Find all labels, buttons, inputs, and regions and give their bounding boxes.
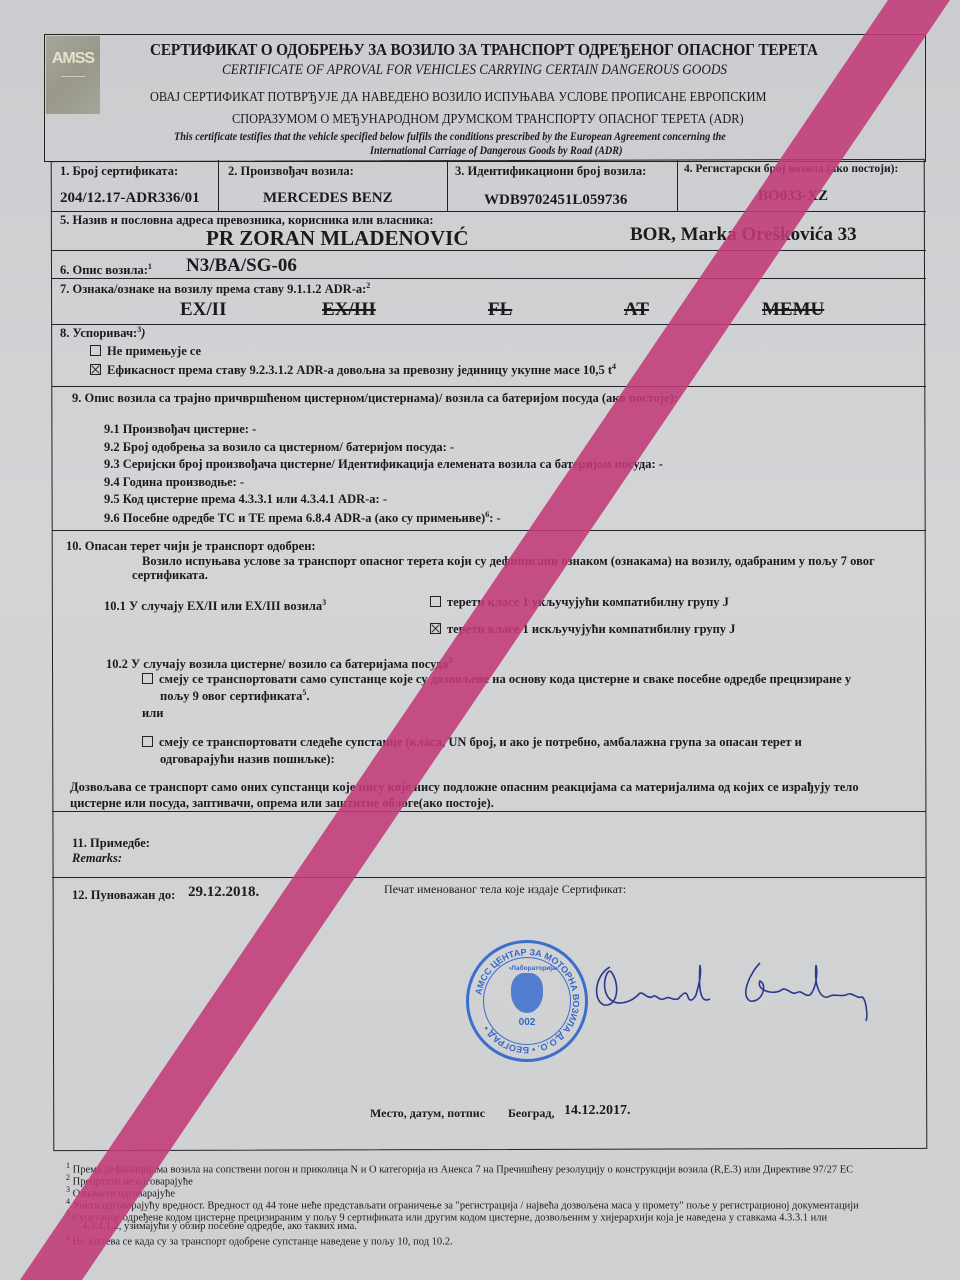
field8-label: 8. Успоривач:3) <box>60 325 145 341</box>
official-stamp: АМСС ЦЕНТАР ЗА МОТОРНА ВОЗИЛА Д.О.О. • Б… <box>466 940 588 1062</box>
divider <box>52 386 926 387</box>
option-label-cont: пољу 9 овог сертификата <box>160 689 302 703</box>
divider <box>447 160 448 212</box>
footnote-ref: 6 <box>485 510 489 519</box>
section-10-2-label: 10.2 У случају возила цистерне/ возило с… <box>106 656 452 672</box>
stamp-inner-text: •Лабораторија• <box>509 965 545 972</box>
footnote-number: 2 <box>66 1173 70 1182</box>
footnote-number: 5 <box>66 1209 70 1218</box>
stamp-number: 002 <box>469 1017 585 1028</box>
checkbox-checked[interactable] <box>90 364 101 375</box>
vehicle-manufacturer: MERCEDES BENZ <box>263 190 393 207</box>
registration-number: BO033-XZ <box>758 188 828 205</box>
allowed-transport-line1: Дозвољава се транспорт само оних супстан… <box>70 780 859 795</box>
divider <box>52 530 926 531</box>
listed-substances-option[interactable]: смеју се транспортовати следеће супстанц… <box>142 735 802 750</box>
tank-detail-item: 9.3 Серијски број произвођача цистерне/ … <box>104 457 663 472</box>
field6-label-text: 6. Опис возила: <box>60 263 148 277</box>
footnote-number: 4 <box>66 1197 70 1206</box>
checkbox-unchecked[interactable] <box>90 345 101 356</box>
footnote-continuation: 4.3.4.1.2, узимајући у обзир посебне одр… <box>82 1221 357 1232</box>
title-serbian: СЕРТИФИКАТ О ОДОБРЕЊУ ЗА ВОЗИЛО ЗА ТРАНС… <box>150 40 818 60</box>
option-label: Не примењује се <box>107 344 201 358</box>
field11-label: 11. Примедбе: <box>72 836 150 851</box>
issue-place: Београд, <box>508 1106 554 1121</box>
field3-label: 3. Идентификациони број возила: <box>455 164 646 179</box>
section-10-2-text: 10.2 У случају возила цистерне/ возило с… <box>106 657 448 671</box>
or-label: или <box>142 706 163 721</box>
issue-date: 14.12.2017. <box>564 1103 631 1119</box>
tank-detail-item: 9.6 Посебне одредбе TC и TE према 6.8.4 … <box>104 510 501 526</box>
checkbox-unchecked[interactable] <box>430 596 441 607</box>
checkbox-checked[interactable] <box>430 623 441 634</box>
place-date-label: Место, датум, потпис <box>370 1106 485 1121</box>
seal-label: Печат именованог тела које издаје Сертиф… <box>384 882 626 897</box>
divider <box>52 211 926 212</box>
statement-serbian-line2: СПОРАЗУМОМ О МЕЂУНАРОДНОМ ДРУМСКОМ ТРАНС… <box>232 112 744 128</box>
statement-english-line1: This certificate testifies that the vehi… <box>174 129 726 144</box>
option-label: терети класе 1 искључујући компатибилну … <box>447 622 735 636</box>
divider <box>52 811 926 812</box>
divider <box>677 160 678 212</box>
tank-detail-item: 9.2 Број одобрења за возило са цистерном… <box>104 440 454 455</box>
option-label: терети класе 1 укључујући компатибилну г… <box>447 595 729 609</box>
field8-label-text: 8. Успоривач: <box>60 326 137 340</box>
footnote-number: 3 <box>66 1185 70 1194</box>
vehicle-mark-fl: FL <box>488 299 512 321</box>
tank-code-option-line2: пољу 9 овог сертификата5. <box>160 688 309 704</box>
field7-label: 7. Ознака/ознаке на возилу према ставу 9… <box>60 281 370 297</box>
carrier-name: PR ZORAN MLADENOVIĆ <box>206 226 469 251</box>
valid-until-date: 29.12.2018. <box>188 884 259 901</box>
divider <box>218 160 219 212</box>
option-label: Ефикасност према ставу 9.2.3.1.2 ADR-а д… <box>107 363 612 377</box>
tank-detail-item: 9.4 Година производње: - <box>104 475 244 490</box>
footnote-ref: 5 <box>302 688 306 697</box>
listed-substances-option-line2: одговарајући назив пошиљке): <box>160 752 335 767</box>
checkbox-unchecked[interactable] <box>142 673 153 684</box>
retarder-option-not-applicable[interactable]: Не примењује се <box>90 344 201 359</box>
statement-english-line2: International Carriage of Dangerous Good… <box>370 143 622 158</box>
certificate-number: 204/12.17-ADR336/01 <box>60 190 200 207</box>
vehicle-mark-exii: EX/II <box>180 299 226 321</box>
tank-detail-item: 9.5 Код цистерне према 4.3.3.1 или 4.3.4… <box>104 492 387 507</box>
checkbox-unchecked[interactable] <box>142 736 153 747</box>
footnote-ref: 3 <box>448 656 452 665</box>
allowed-transport-line2: цистерне или посуда, заптивачи, опрема и… <box>70 796 494 811</box>
class1-including-j-option[interactable]: терети класе 1 укључујући компатибилну г… <box>430 595 729 610</box>
tank-code-option[interactable]: смеју се транспортовати само супстанце к… <box>142 672 851 687</box>
vehicle-mark-at: AT <box>624 299 649 321</box>
option-label: смеју се транспортовати следеће супстанц… <box>159 735 802 749</box>
field4-label: 4. Регистарски број возила (ако постоји)… <box>684 161 898 176</box>
field2-label: 2. Произвођач возила: <box>228 164 354 179</box>
field7-label-text: 7. Ознака/ознаке на возилу према ставу 9… <box>60 282 366 296</box>
footnote-ref: 3 <box>322 598 326 607</box>
field1-label: 1. Број сертификата: <box>60 164 178 179</box>
vehicle-mark-memu: MEMU <box>762 299 824 321</box>
vehicle-mark-exiii: EX/III <box>322 299 376 321</box>
footnote-ref: 4 <box>612 362 616 371</box>
footnote-number: 1 <box>66 1161 70 1170</box>
carrier-address: BOR, Marka Oreškovića 33 <box>630 224 857 246</box>
vehicle-description: N3/BA/SG-06 <box>186 255 297 277</box>
divider <box>52 278 926 279</box>
section-10-1-text: 10.1 У случају EX/II или EX/III возила <box>104 599 322 613</box>
field10-label: 10. Опасан терет чији је транспорт одобр… <box>66 539 316 554</box>
footnote-ref: 2 <box>366 281 370 290</box>
title-english: CERTIFICATE OF APROVAL FOR VEHICLES CARR… <box>222 62 727 79</box>
divider <box>52 250 926 251</box>
divider <box>52 324 926 325</box>
stamp-crest-icon <box>511 973 543 1013</box>
field11-label-en: Remarks: <box>72 851 122 866</box>
footnote-ref: 1 <box>148 262 152 271</box>
divider <box>52 877 926 878</box>
footnote-item: 6 Не захтева се када су за транспорт одо… <box>66 1233 453 1248</box>
section-10-1-label: 10.1 У случају EX/II или EX/III возила3 <box>104 598 326 614</box>
option-label: смеју се транспортовати само супстанце к… <box>159 672 851 686</box>
signature <box>590 955 890 1025</box>
field10-intro-line2: сертификата. <box>132 568 208 583</box>
field9-label: 9. Опис возила са трајно причвршћеном ци… <box>72 391 678 406</box>
statement-serbian-line1: ОВАЈ СЕРТИФИКАТ ПОТВРЂУЈЕ ДА НАВЕДЕНО ВО… <box>150 90 766 106</box>
field10-intro-line1: Возило испуњава услове за транспорт опас… <box>142 554 875 569</box>
footnote-number: 6 <box>66 1233 70 1242</box>
field6-label: 6. Опис возила:1 <box>60 262 152 278</box>
retarder-option-efficiency[interactable]: Ефикасност према ставу 9.2.3.1.2 ADR-а д… <box>90 362 616 378</box>
field12-label: 12. Пуноважан до: <box>72 888 175 903</box>
class1-excluding-j-option[interactable]: терети класе 1 искључујући компатибилну … <box>430 622 735 637</box>
vehicle-vin: WDB9702451L059736 <box>484 192 627 209</box>
tank-detail-item: 9.1 Произвођач цистерне: - <box>104 422 256 437</box>
